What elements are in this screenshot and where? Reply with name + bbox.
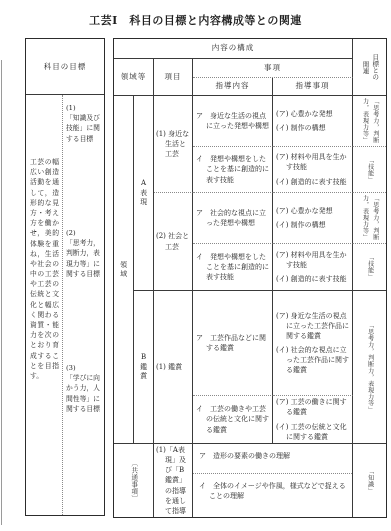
relation-row-2: 「思考力，判断力，表現力等」 bbox=[353, 193, 386, 244]
goal-item-1: (1) 「知識及び技能」に関する目標 bbox=[66, 103, 102, 144]
item-a2-text: (2) 社会と工芸 bbox=[154, 229, 192, 253]
teaching-content-row-0: ア 身近な生活の視点に立った発想や構想 bbox=[193, 96, 273, 147]
teaching-matters-row-5-b: (イ) 工芸の伝統と文化に関する鑑賞 bbox=[273, 420, 352, 444]
goal-item-2-num: (2) bbox=[66, 228, 102, 238]
header-item: 項目 bbox=[154, 59, 193, 96]
domain-column-label: 領域 bbox=[114, 96, 134, 444]
teaching-matters-row-3-a: (ア) 材料や用具を生かす技能 bbox=[273, 248, 352, 272]
content-structure-table: 内容の構成 目標との関連 領域等 項目 事項 指導内容 指導事項 領域 A表現 … bbox=[113, 38, 387, 518]
header-domain-etc: 領域等 bbox=[114, 59, 154, 96]
goal-item-2-text: 「思考力，判断力，表現力等」に関する目標 bbox=[66, 238, 102, 279]
header-relation-to-goals-text: 目標との関連 bbox=[360, 51, 380, 83]
header-matters: 事項 bbox=[193, 59, 353, 78]
teaching-content-row-3: イ 発想や構想をしたことを基に創造的に表す技能 bbox=[193, 244, 273, 291]
common-item-cell: (1)「A表現」及び「B鑑賞」の指導を通して指導 bbox=[154, 444, 193, 517]
goal-item-2: (2) 「思考力，判断力，表現力等」に関する目標 bbox=[66, 228, 102, 279]
teaching-matters-row-4: (ア) 身近な生活の視点に立った工芸作品に関する鑑賞 (イ) 社会的な視点に立っ… bbox=[273, 291, 353, 396]
domain-label-text: 領域 bbox=[118, 261, 128, 279]
item-a2: (2) 社会と工芸 bbox=[154, 193, 193, 291]
teaching-content-row-3-text: イ 発想や構想をしたことを基に創造的に表す技能 bbox=[193, 250, 272, 284]
item-a1-text: (1) 身近な生活と工芸 bbox=[154, 127, 192, 161]
teaching-matters-row-0-a: (ア) 心豊かな発想 bbox=[273, 107, 352, 121]
relation-row-3: 「技能」 bbox=[353, 244, 386, 291]
teaching-matters-row-1: (ア) 材料や用具を生かす技能 (イ) 創造的に表す技能 bbox=[273, 147, 353, 193]
goal-item-1-num: (1) bbox=[66, 103, 102, 113]
page-title: 工芸Ⅰ 科目の目標と内容構成等との関連 bbox=[0, 12, 391, 28]
item-b1-text: (1) 鑑賞 bbox=[154, 360, 192, 374]
teaching-matters-row-1-a: (ア) 材料や用具を生かす技能 bbox=[273, 150, 352, 174]
relation-row-0: 「思考力，判断力，表現力等」 bbox=[353, 96, 386, 147]
teaching-content-row-4: ア 工芸作品などに関する鑑賞 bbox=[193, 291, 273, 396]
goal-item-3-text: 「学びに向かう力，人間性等」に関する目標 bbox=[66, 373, 102, 414]
teaching-matters-row-1-b: (イ) 創造的に表す技能 bbox=[273, 175, 352, 189]
teaching-matters-row-5: (ア) 工芸の働きに関する鑑賞 (イ) 工芸の伝統と文化に関する鑑賞 bbox=[273, 396, 353, 444]
section-a-label: A表現 bbox=[138, 179, 148, 207]
teaching-matters-row-4-a: (ア) 身近な生活の視点に立った工芸作品に関する鑑賞 bbox=[273, 309, 352, 343]
teaching-matters-row-2: (ア) 心豊かな発想 (イ) 制作の構想 bbox=[273, 193, 353, 244]
header-content-structure: 内容の構成 bbox=[114, 39, 353, 59]
subject-goal-header: 科目の目標 bbox=[26, 39, 104, 95]
document-page: { "page": { "title": "工芸Ⅰ 科目の目標と内容構成等との関… bbox=[0, 0, 391, 531]
teaching-content-row-1: イ 発想や構想をしたことを基に創造的に表す技能 bbox=[193, 147, 273, 193]
teaching-matters-row-3: (ア) 材料や用具を生かす技能 (イ) 創造的に表す技能 bbox=[273, 244, 353, 291]
teaching-matters-row-0-b: (イ) 制作の構想 bbox=[273, 121, 352, 135]
subject-goal-body: 工芸の幅広い創造活動を通して，造形的な見方・考え方を働かせ，美的体験を重ね，生活… bbox=[26, 95, 104, 515]
teaching-content-row-5-text: イ 工芸の働きや工芸の伝統と文化に関する鑑賞 bbox=[193, 402, 272, 436]
scan-edge-artifact bbox=[1, 60, 2, 525]
teaching-matters-row-4-b: (イ) 社会的な視点に立った工芸作品に関する鑑賞 bbox=[273, 343, 352, 377]
teaching-matters-row-5-a: (ア) 工芸の働きに関する鑑賞 bbox=[273, 395, 352, 419]
header-relation-to-goals: 目標との関連 bbox=[353, 39, 386, 96]
common-matters-label: 〔共通事項〕 bbox=[129, 460, 138, 502]
common-item-text: (1)「A表現」及び「B鑑賞」の指導を通して指導 bbox=[154, 443, 192, 518]
common-content-cell: ア 造形の要素の働きの理解 イ 全体のイメージや作風，様式などで捉えることの理解 bbox=[193, 444, 353, 517]
goal-item-1-text: 「知識及び技能」に関する目標 bbox=[66, 113, 102, 144]
teaching-content-row-4-text: ア 工芸作品などに関する鑑賞 bbox=[193, 331, 272, 355]
header-teaching-matters: 指導事項 bbox=[273, 78, 353, 96]
teaching-matters-row-2-a: (ア) 心豊かな発想 bbox=[273, 204, 352, 218]
subject-goal-box: 科目の目標 工芸の幅広い創造活動を通して，造形的な見方・考え方を働かせ，美的体験… bbox=[25, 38, 105, 516]
teaching-content-row-1-text: イ 発想や構想をしたことを基に創造的に表す技能 bbox=[193, 152, 272, 186]
header-teaching-content: 指導内容 bbox=[193, 78, 273, 96]
common-matters-label-cell: 〔共通事項〕 bbox=[114, 444, 154, 517]
common-content-b: イ 全体のイメージや作風，様式などで捉えることの理解 bbox=[193, 474, 352, 501]
subject-goal-items: (1) 「知識及び技能」に関する目標 (2) 「思考力，判断力，表現力等」に関す… bbox=[63, 95, 104, 515]
subject-goal-text: 工芸の幅広い創造活動を通して，造形的な見方・考え方を働かせ，美的体験を重ね，生活… bbox=[26, 95, 63, 515]
teaching-matters-row-3-b: (イ) 創造的に表す技能 bbox=[273, 272, 352, 286]
teaching-matters-row-0: (ア) 心豊かな発想 (イ) 制作の構想 bbox=[273, 96, 353, 147]
goal-item-3-num: (3) bbox=[66, 363, 102, 373]
teaching-content-row-5: イ 工芸の働きや工芸の伝統と文化に関する鑑賞 bbox=[193, 396, 273, 444]
teaching-content-row-2-text: ア 社会的な視点に立った発想や構想 bbox=[193, 206, 272, 230]
teaching-content-row-0-text: ア 身近な生活の視点に立った発想や構想 bbox=[193, 109, 272, 133]
relation-rows-4-5: 「思考力，判断力，表現力等」 bbox=[353, 291, 386, 444]
item-a1: (1) 身近な生活と工芸 bbox=[154, 96, 193, 193]
section-b-appreciation: B鑑賞 bbox=[134, 291, 154, 444]
section-b-label: B鑑賞 bbox=[138, 353, 148, 381]
item-b1: (1) 鑑賞 bbox=[154, 291, 193, 444]
common-relation-cell: 「知識」 bbox=[353, 444, 386, 517]
teaching-content-row-2: ア 社会的な視点に立った発想や構想 bbox=[193, 193, 273, 244]
common-content-a: ア 造形の要素の働きの理解 bbox=[193, 444, 352, 474]
section-a-expression: A表現 bbox=[134, 96, 154, 291]
relation-row-1: 「技能」 bbox=[353, 147, 386, 193]
teaching-matters-row-2-b: (イ) 制作の構想 bbox=[273, 218, 352, 232]
goal-item-3: (3) 「学びに向かう力，人間性等」に関する目標 bbox=[66, 363, 102, 414]
